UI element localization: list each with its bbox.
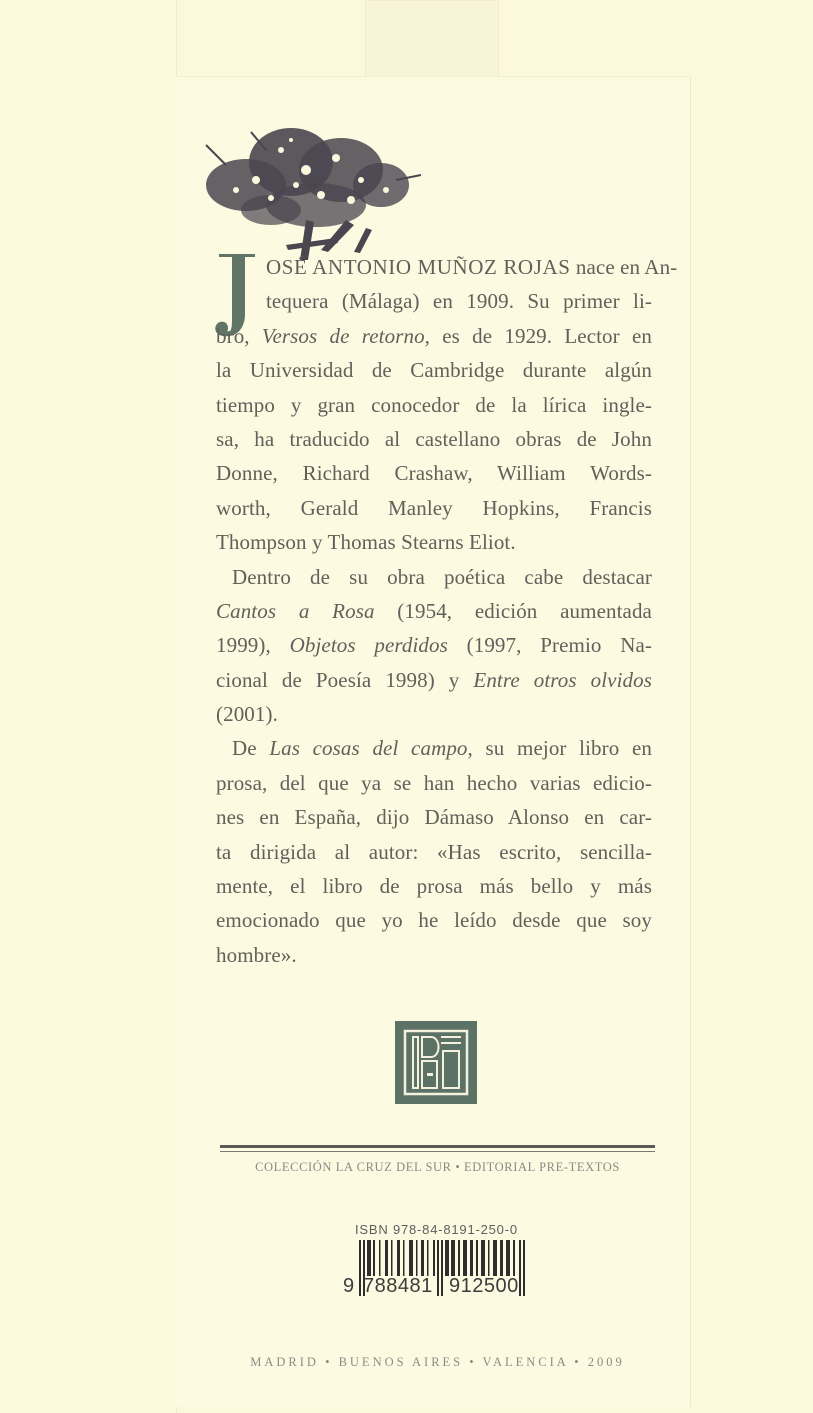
book-title: Entre otros olvidos bbox=[473, 668, 652, 692]
olive-tree-icon bbox=[196, 110, 424, 260]
works-line: (2001). bbox=[216, 697, 652, 731]
prose-line: mente, el libro de prosa más bello y más bbox=[216, 869, 652, 903]
book-title: Cantos a Rosa bbox=[216, 599, 375, 623]
prose-line: ta dirigida al autor: «Has escrito, senc… bbox=[216, 835, 652, 869]
bio-line: Donne, Richard Crashaw, William Words- bbox=[216, 456, 652, 490]
double-rule-thin bbox=[220, 1151, 655, 1152]
author-biography: OSÉ ANTONIO MUÑOZ ROJAS nace en An- tequ… bbox=[216, 250, 652, 972]
bio-line: la Universidad de Cambridge durante algú… bbox=[216, 353, 652, 387]
prose-line: prosa, del que ya se han hecho varias ed… bbox=[216, 766, 652, 800]
works-line: 1999), Objetos perdidos (1997, Premio Na… bbox=[216, 628, 652, 662]
bio-line: sa, ha traducido al castellano obras de … bbox=[216, 422, 652, 456]
prose-line: nes en España, dijo Dámaso Alonso en car… bbox=[216, 800, 652, 834]
bio-line: bro, Versos de retorno, es de 1929. Lect… bbox=[216, 319, 652, 353]
prose-line: De Las cosas del campo, su mejor libro e… bbox=[216, 731, 652, 765]
bio-line: worth, Gerald Manley Hopkins, Francis bbox=[216, 491, 652, 525]
book-title: Versos de retorno bbox=[262, 324, 425, 348]
works-line: Cantos a Rosa (1954, edición aumentada bbox=[216, 594, 652, 628]
works-line: Dentro de su obra poética cabe destacar bbox=[216, 560, 652, 594]
bio-line: tequera (Málaga) en 1909. Su primer li- bbox=[216, 284, 652, 318]
cover-left-flap bbox=[0, 0, 177, 1413]
works-line: cional de Poesía 1998) y Entre otros olv… bbox=[216, 663, 652, 697]
collection-line: COLECCIÓN LA CRUZ DEL SUR • EDITORIAL PR… bbox=[220, 1160, 655, 1175]
book-title: Objetos perdidos bbox=[290, 633, 448, 657]
bio-line: OSÉ ANTONIO MUÑOZ ROJAS nace en An- bbox=[216, 250, 652, 284]
prose-line: emocionado que yo he leído desde que soy bbox=[216, 903, 652, 937]
prose-line: hombre». bbox=[216, 938, 652, 972]
bio-line: tiempo y gran conocedor de la lírica ing… bbox=[216, 388, 652, 422]
bio-line: Thompson y Thomas Stearns Eliot. bbox=[216, 525, 652, 559]
pre-textos-logo-icon bbox=[395, 1021, 477, 1104]
double-rule-thick bbox=[220, 1145, 655, 1148]
book-title: Las cosas del campo bbox=[269, 736, 467, 760]
publisher-cities-line: MADRID • BUENOS AIRES • VALENCIA • 2009 bbox=[220, 1355, 655, 1370]
isbn-label: ISBN 978-84-8191-250-0 bbox=[355, 1222, 545, 1237]
